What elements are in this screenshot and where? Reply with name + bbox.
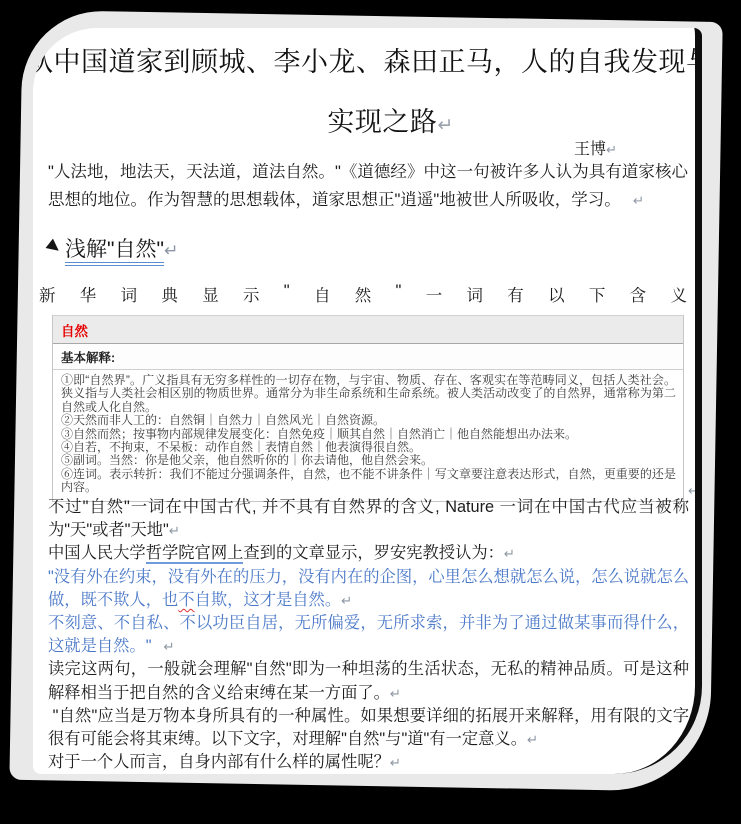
quote-paragraph: 不刻意、不自私、不以功臣自居，无所偏爱，无所求索，并非为了通过做某事而得什么，这… <box>48 612 689 658</box>
paragraph-mark-icon: ↵ <box>341 593 352 608</box>
document-title-line-1: 从中国道家到顾城、李小龙、森田正马，人的自我发现与 <box>33 40 702 79</box>
paragraph-mark-icon: ↵ <box>437 115 453 136</box>
author-name: 王博 <box>574 141 606 158</box>
dictionary-section-label: 基本解释: <box>53 343 683 370</box>
quote-paragraph: "没有外在约束，没有外在的压力，没有内在的企图，心里怎么想就怎么说，怎么说就怎么… <box>48 566 689 612</box>
paragraph-mark-icon: ↵ <box>163 639 174 654</box>
paragraph-mark-icon: ↵ <box>688 483 699 499</box>
dictionary-term: 自然 <box>53 315 683 343</box>
paragraph: 中国人民大学哲学院官网上查到的文章显示，罗安宪教授认为：↵ <box>48 542 689 565</box>
dictionary-definition: ①即“自然界”。广义指具有无穷多样性的一切存在物，与宇宙、物质、存在、客观实在等… <box>61 374 676 414</box>
paragraph-mark-icon: ↵ <box>606 142 617 157</box>
dictionary-definitions: ①即“自然界”。广义指具有无穷多样性的一切存在物，与宇宙、物质、存在、客观实在等… <box>53 370 683 501</box>
intro-paragraph: "人法地，地法天，天法道，道法自然。"《道德经》中这一句被许多人认为具有道家核心… <box>48 159 688 214</box>
paragraph: "自然"应当是万物本身所具有的一种属性。如果想要详细的拓展开来解释，用有限的文字… <box>48 705 689 751</box>
screenshot-root: { "colors": { "background": "#000000", "… <box>0 0 741 824</box>
dictionary-definition: ⑤副词。当然：你是他父亲，他自然听你的｜你去请他，他自然会来。 <box>61 454 676 467</box>
paragraph: 读完这两句，一般就会理解"自然"即为一种坦荡的生活状态，无私的精神品质。可是这种… <box>48 658 689 704</box>
spellcheck-squiggle-word: 不 <box>178 591 194 609</box>
paragraph: 不过"自然"一词在中国古代, 并不具有自然界的含义, Nature 一词在中国古… <box>48 496 689 542</box>
philosophy-school-hyperlink[interactable]: 哲学院官网上 <box>146 544 244 564</box>
paragraph-mark-icon: ↵ <box>390 686 401 701</box>
author-line: 王博↵ <box>574 136 617 159</box>
paragraph-mark-icon: ↵ <box>527 732 538 747</box>
document-page: 从中国道家到顾城、李小龙、森田正马，人的自我发现与 实现之路↵ 王博↵ "人法地… <box>33 28 702 774</box>
outline-collapse-triangle-icon[interactable] <box>46 239 63 256</box>
dictionary-definition: ②天然而非人工的：自然铜｜自然力｜自然风光｜自然资源。 <box>61 414 676 427</box>
body-paragraphs: 不过"自然"一词在中国古代, 并不具有自然界的含义, Nature 一词在中国古… <box>48 496 689 774</box>
section-heading: 浅解"自然"↵ <box>65 233 178 263</box>
paragraph-mark-icon: ↵ <box>169 523 180 538</box>
document-title-line-2: 实现之路↵ <box>63 100 702 139</box>
paragraph: 对于一个人而言，自身内部有什么样的属性呢？↵ <box>48 751 689 774</box>
distributed-sentence: 新华词典显示"自然"一词有以下含义 <box>39 282 687 306</box>
title-text: 实现之路 <box>327 107 437 137</box>
dictionary-card: 自然 基本解释: ①即“自然界”。广义指具有无穷多样性的一切存在物，与宇宙、物质… <box>52 315 684 502</box>
dictionary-definition: ⑥连词。表示转折：我们不能过分强调条件，自然，也不能不讲条件｜写文章要注意表达形… <box>61 468 676 495</box>
paragraph-mark-icon: ↵ <box>504 546 515 561</box>
section-heading-link[interactable]: 浅解"自然" <box>65 238 164 266</box>
paragraph-mark-icon: ↵ <box>164 240 178 260</box>
paragraph-mark-icon: ↵ <box>633 193 644 208</box>
paragraph-mark-icon: ↵ <box>390 755 401 770</box>
